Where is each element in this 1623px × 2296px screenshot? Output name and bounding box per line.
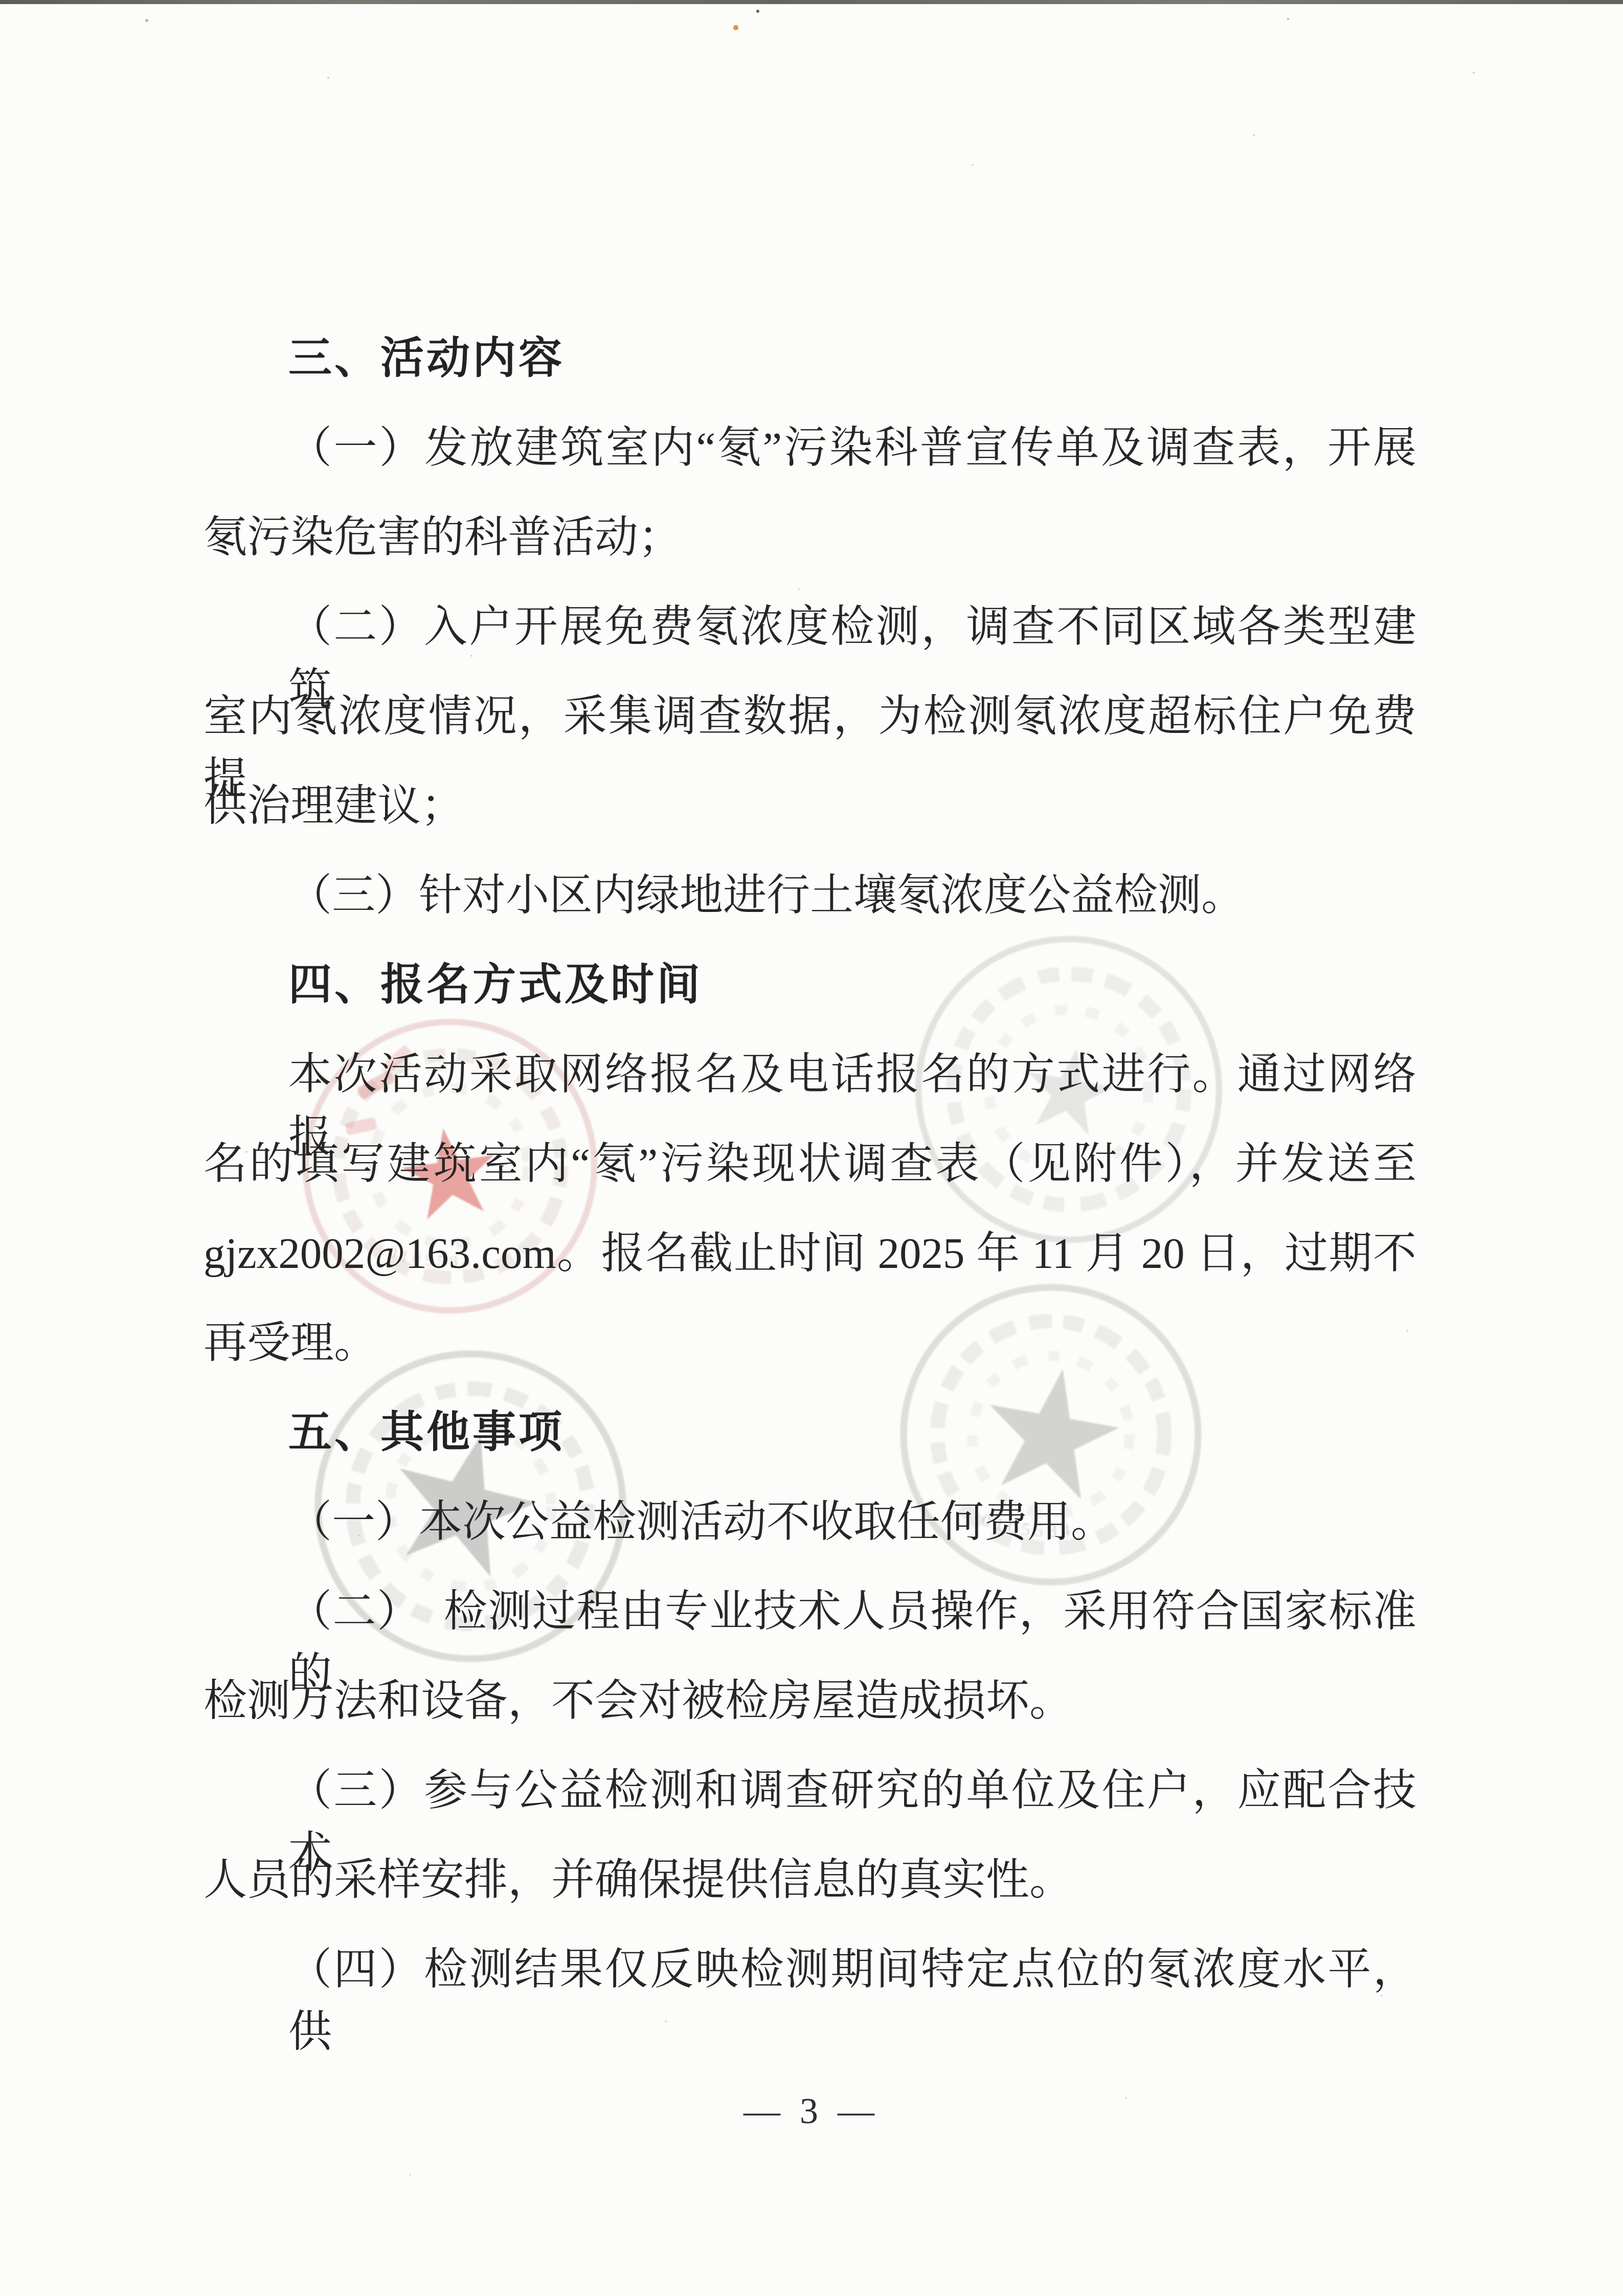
para-line: 氡污染危害的科普活动；	[204, 506, 1416, 569]
para-line: （二） 检测过程由专业技术人员操作，采用符合国家标准的	[204, 1580, 1416, 1643]
document-page: 0105584 0105584 三、活动内容 （一）发放建筑室内“氡”污染科普	[0, 0, 1623, 2296]
heading-section-5: 五、其他事项	[204, 1401, 1416, 1464]
para-line: 检测方法和设备，不会对被检房屋造成损坏。	[204, 1670, 1416, 1732]
page-number: — 3 —	[0, 2080, 1623, 2142]
para-line: （三）针对小区内绿地进行土壤氡浓度公益检测。	[204, 864, 1416, 927]
para-line: 人员的采样安排，并确保提供信息的真实性。	[204, 1849, 1416, 1911]
para-line: （一）本次公益检测活动不收取任何费用。	[204, 1491, 1416, 1553]
para-line: （二）入户开展免费氡浓度检测，调查不同区域各类型建筑	[204, 596, 1416, 658]
scan-noise-specks	[0, 0, 2, 2]
scan-top-edge	[0, 0, 1623, 4]
para-line-email: gjzx2002@163.com。报名截止时间 2025 年 11 月 20 日…	[204, 1222, 1416, 1285]
para-line: （一）发放建筑室内“氡”污染科普宣传单及调查表，开展	[204, 417, 1416, 479]
heading-section-3: 三、活动内容	[204, 327, 1416, 390]
para-line: 供治理建议；	[204, 775, 1416, 837]
para-line: 名的填写建筑室内“氡”污染现状调查表（见附件），并发送至	[204, 1133, 1416, 1195]
para-line: 本次活动采取网络报名及电话报名的方式进行。通过网络报	[204, 1043, 1416, 1106]
heading-section-4: 四、报名方式及时间	[204, 954, 1416, 1016]
para-line: 再受理。	[204, 1312, 1416, 1374]
para-line: （四）检测结果仅反映检测期间特定点位的氡浓度水平，供	[204, 1938, 1416, 2001]
para-line: （三）参与公益检测和调查研究的单位及住户，应配合技术	[204, 1759, 1416, 1822]
para-line: 室内氡浓度情况，采集调查数据，为检测氡浓度超标住户免费提	[204, 685, 1416, 748]
